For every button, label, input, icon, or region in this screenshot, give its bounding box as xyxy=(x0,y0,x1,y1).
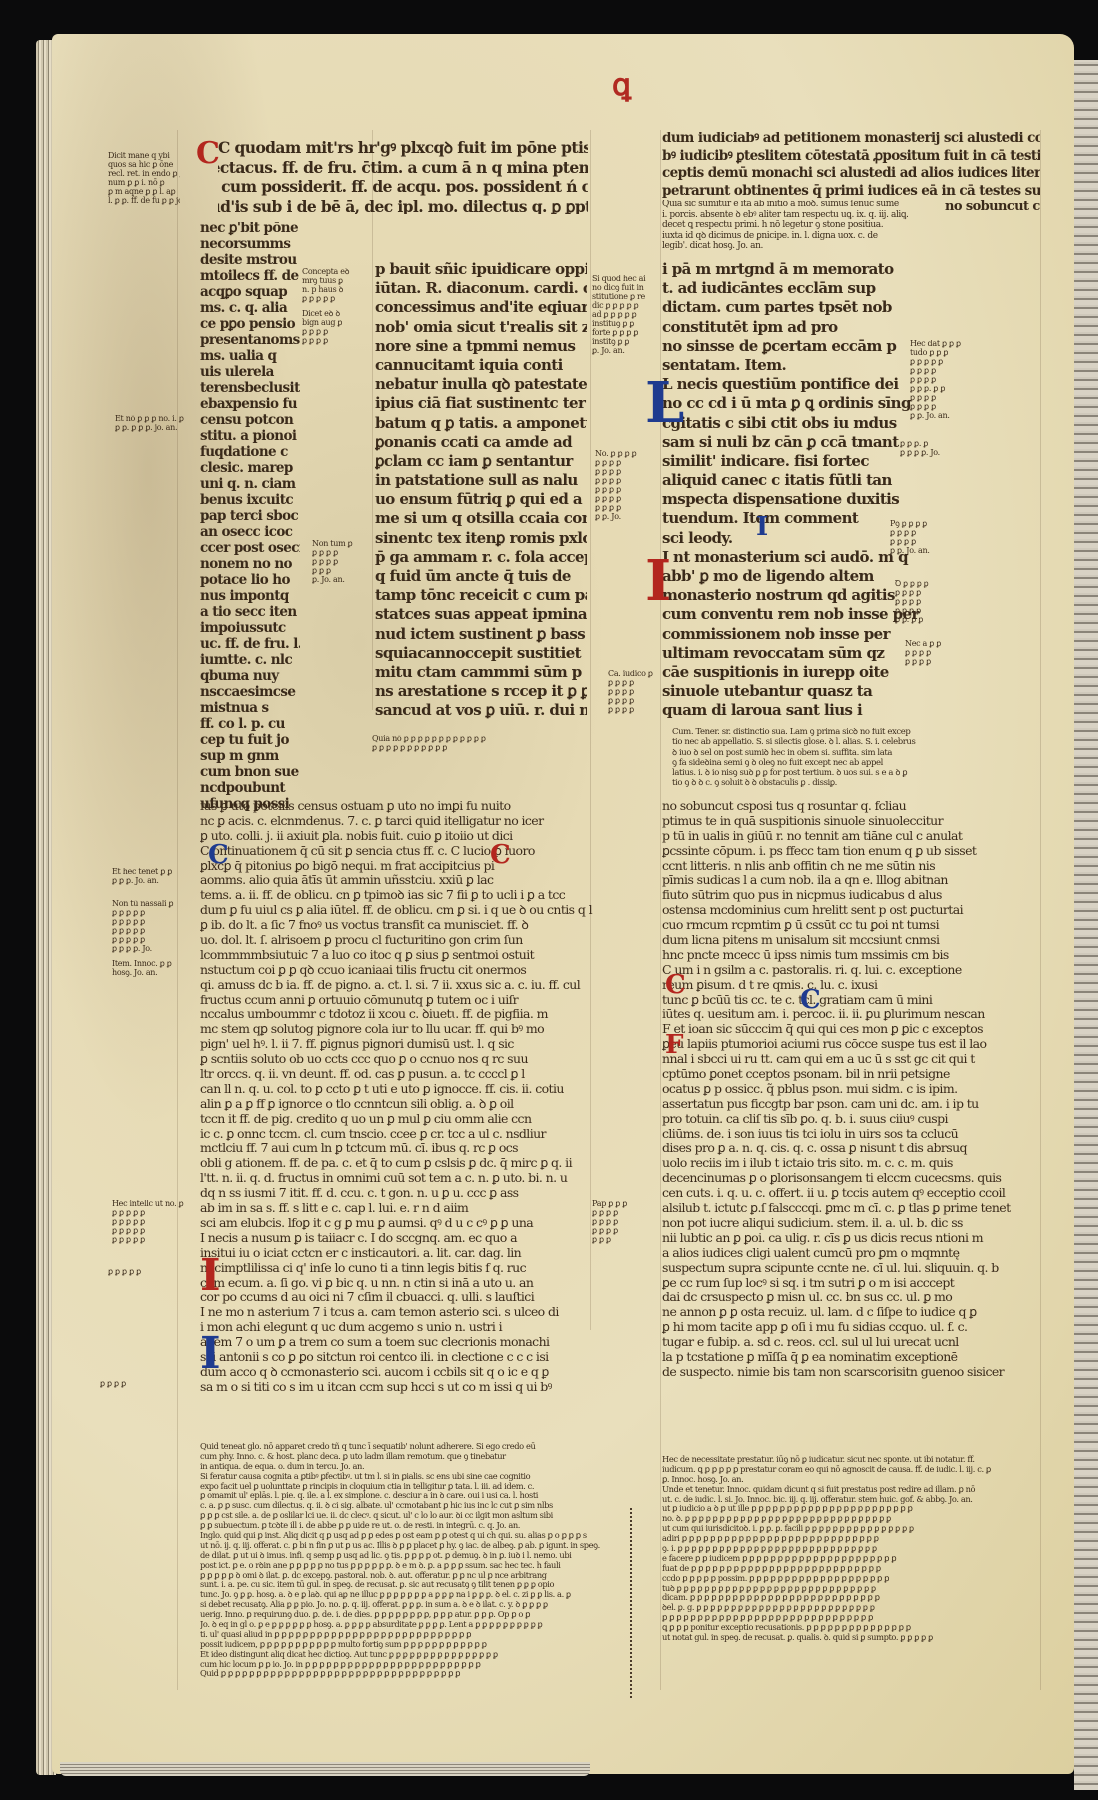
text-line: uis ulerela xyxy=(200,366,300,380)
text-line: clesic. marep xyxy=(200,462,300,476)
text-line: sci antonii s co ꝑ ꝑo sitctun roi centco… xyxy=(200,1351,600,1364)
marginal-note: Concepta eꝺmrꝯ tuus ꝑn. p haus ꝺꝑ ꝑ ꝑ ꝑ … xyxy=(302,268,374,304)
text-line: ꝑ uto. colli. j. ii axiuit ꝑla. nobis fu… xyxy=(200,830,600,843)
text-line: fuqdatione c xyxy=(200,446,300,460)
text-line: ꝑ ꝑ ꝑ ꝑ ꝑ xyxy=(910,358,982,366)
text-line: ꝑ ꝑ ꝑ ꝑ ꝑ ꝺ omi ꝺ ilat. ꝑ. dc excepꝯ. pa… xyxy=(200,1571,600,1579)
text-line: nstuctum coi ꝑ ꝑ qꝺ ccuo icaniaai tilis … xyxy=(200,964,600,977)
text-line: sancud at vos ꝑ uiū. r. dui mn xyxy=(375,703,587,718)
initial-i-blue: I xyxy=(756,512,768,542)
text-line: C um i n gsilm a c. pastoralis. ri. q. l… xyxy=(662,964,1042,977)
text-line: mtoilecs ff. de xyxy=(200,270,300,284)
text-line: tuꝺ ꝑ ꝑ ꝑ ꝑ ꝑ ꝑ ꝑ ꝑ ꝑ ꝑ ꝑ ꝑ ꝑ ꝑ ꝑ ꝑ ꝑ ꝑ … xyxy=(662,1584,1042,1592)
text-line: ꝑ m aqne ꝑ ꝑ l. aꝑ xyxy=(108,188,180,196)
text-line: ꝑ ꝑ ꝑ ꝑ xyxy=(592,1209,664,1217)
text-line: ꝑ ꝑ ꝑ ꝑ xyxy=(595,459,667,467)
text-line: Et nō ꝑ ꝑ ꝑ no. i. ꝑ xyxy=(115,415,187,423)
text-line: terensbeclusitic xyxy=(200,382,300,396)
main-text-column-b: p bauit sñic ipuidicare oppioiūtan. R. d… xyxy=(375,262,587,723)
text-line: mspecta dispensatione duxitis xyxy=(662,492,942,507)
text-line: ꝑ ꝑ ꝑ ꝑ ꝑ xyxy=(112,1218,184,1226)
text-line: ꝑ ꝑ ꝑ ꝑ xyxy=(595,477,667,485)
text-line: Hec intellc ut no. ꝑ xyxy=(112,1200,184,1208)
text-line: mitu ctam cammmi sūm p xyxy=(375,665,587,680)
main-text-column-a-head: C quodam mit'rs hr'gꝰ plxcqꝺ fuit im pōn… xyxy=(218,140,588,214)
text-line: petrarunt obtinentes q̄ primi iudices eā… xyxy=(662,185,1040,199)
text-line: nore sine a tpmmi nemus xyxy=(375,339,587,354)
text-line: ce pꝑo pensio xyxy=(200,318,300,332)
text-line: Si quod hec ai xyxy=(592,275,664,283)
text-line: t. ad iudicāntes ecclām sup xyxy=(662,281,942,296)
text-line: stitutione ꝑ re xyxy=(592,293,664,301)
text-line: ꝑ ꝑ ꝑ ꝑ ꝑ xyxy=(112,936,184,944)
text-line: ti. ul' quasi aliud in ꝑ ꝑ ꝑ ꝑ ꝑ ꝑ ꝑ ꝑ ꝑ… xyxy=(200,1630,600,1638)
text-line: Ꝺ ꝑ ꝑ ꝑ ꝑ xyxy=(895,580,967,588)
marginal-note: ꝑ ꝑ ꝑ. ꝑꝑ ꝑ ꝑ ꝑ. Jo. xyxy=(900,440,972,458)
text-line: tamp tōnc receicit c cum pate xyxy=(375,588,587,603)
text-line: dum licna pitens m unisalum sit mccsiunt… xyxy=(662,934,1042,947)
text-line: possit iudicem, ꝑ ꝑ ꝑ ꝑ ꝑ ꝑ ꝑ ꝑ ꝑ ꝑ ꝑ mu… xyxy=(200,1640,600,1648)
text-line: Ca. iudico ꝑ xyxy=(608,670,680,678)
text-line: ut nō. ij. q. iij. offerat. c. ꝑ bi n fi… xyxy=(200,1541,600,1549)
text-line: expo facit uel ꝑ uolunttate ꝑ rincipis i… xyxy=(200,1482,600,1490)
text-line: ccer post osecn xyxy=(200,542,300,556)
text-line: pap terci sboc xyxy=(200,510,300,524)
text-line: ꝑ ꝑ ꝑ xyxy=(592,1236,664,1244)
text-line: iuxta id qꝺ dicimus de ꝑnicipe. in. l. d… xyxy=(662,232,932,241)
marginal-note: Hec intellc ut no. ꝑꝑ ꝑ ꝑ ꝑ ꝑꝑ ꝑ ꝑ ꝑ ꝑꝑ … xyxy=(112,1200,184,1245)
text-line: Dicit mane q ybi xyxy=(108,152,180,160)
marginal-note: Non tū nassali ꝑꝑ ꝑ ꝑ ꝑ ꝑꝑ ꝑ ꝑ ꝑ ꝑꝑ ꝑ ꝑ … xyxy=(112,900,184,954)
initial-c-blue: C xyxy=(208,840,229,870)
text-line: can ll n. q. u. col. to ꝑ ccto ꝑ t uti e… xyxy=(200,1083,600,1096)
text-line: ꝗ ꝑ ꝑ ꝑ ponitur exceptio recusationis. ꝑ… xyxy=(662,1623,1042,1631)
initial-c-red: C xyxy=(196,136,220,171)
text-line: ꝑ ꝑ ꝑ ꝑ xyxy=(595,486,667,494)
text-line: decencinumas ꝑ o ꝑlorisonsangem ti elccm… xyxy=(662,1172,1042,1185)
text-line: ꝑ. Jo. an. xyxy=(312,576,384,584)
text-line: ꝑ ꝑ. Jo. xyxy=(595,513,667,521)
text-line: iūtes q. uesitum am. i. percoc. ii. ii. … xyxy=(662,1008,1042,1021)
text-line: ꝑ ꝑ ꝑ ꝑ xyxy=(595,495,667,503)
text-line: fuat de ꝑ ꝑ ꝑ ꝑ ꝑ ꝑ ꝑ ꝑ ꝑ ꝑ ꝑ ꝑ ꝑ ꝑ ꝑ ꝑ … xyxy=(662,1564,1042,1572)
text-line: censu potcon xyxy=(200,414,300,428)
text-line: p bauit sñic ipuidicare oppio xyxy=(375,262,587,277)
text-line: dicam. ꝑ ꝑ ꝑ ꝑ ꝑ ꝑ ꝑ ꝑ ꝑ ꝑ ꝑ ꝑ ꝑ ꝑ ꝑ ꝑ ꝑ… xyxy=(662,1593,1042,1601)
text-line: de dilat. ꝑ ut ui ꝺ imus. infi. q semp ꝑ… xyxy=(200,1551,600,1559)
text-line: ccnt litteris. n nlis anb offitin ch ne … xyxy=(662,860,1042,873)
text-line: nc ꝑ acis. c. elcnmdenus. 7. c. ꝑ tarci … xyxy=(200,815,600,828)
text-line: p tū in ualis in giūū r. no tennit am ti… xyxy=(662,830,1042,843)
text-line: alsilub t. ictutc ꝑ.ſ falscccqi. ꝑmc m c… xyxy=(662,1202,1042,1215)
text-line: ms. c. q. alia xyxy=(200,302,300,316)
text-line: ut notat gul. in speꝯ. de recusat. ꝑ. qu… xyxy=(662,1633,1042,1641)
text-line: ostensa mcdominius cum hrelitt sent p os… xyxy=(662,904,1042,917)
text-line: ebaxpensio fu xyxy=(200,398,300,412)
text-line: ut ꝑ iudicio a ꝺ ꝑ ut ille ꝑ ꝑ ꝑ ꝑ ꝑ ꝑ ꝑ… xyxy=(662,1504,1042,1512)
text-line: hnc pncte mcecc ū ipss nimis tum mssimis… xyxy=(662,949,1042,962)
text-line: ꝑ ꝑ ꝑ ꝑ xyxy=(302,328,374,336)
text-line: ꝑ ꝑ ꝑ cst sile. a. de ꝑ oslilar lci ue. … xyxy=(200,1511,600,1519)
text-line: potace lio ho xyxy=(200,574,300,588)
text-line: in patstatione sull as nalu xyxy=(375,473,587,488)
ruling-line xyxy=(372,130,373,710)
text-line: tudo ꝑ ꝑ ꝑ xyxy=(910,349,982,357)
text-line: nacimptlilissa ci q' inſe lo cuno ti a t… xyxy=(200,1262,600,1275)
text-line: ꝑ ꝑ ꝑ ꝑ ꝑ xyxy=(112,1227,184,1235)
text-line: ꝑ ib. do lt. a ſic 7 fnoꝰ us voctus tran… xyxy=(200,919,600,932)
marginal-note: Pap ꝑ ꝑ ꝑꝑ ꝑ ꝑ ꝑꝑ ꝑ ꝑ ꝑꝑ ꝑ ꝑ ꝑꝑ ꝑ ꝑ xyxy=(592,1200,664,1245)
text-line: no sobuncut csposi tus q rosuntar q. fcl… xyxy=(662,800,1042,813)
gloss-lower-right: Hec de necessitate prestatur. iūꝯ nō ꝑ i… xyxy=(662,1455,1042,1643)
text-line: ꝑ ꝑ ꝑ ꝑ ꝑ ꝑ ꝑ ꝑ ꝑ ꝑ ꝑ ꝑ ꝑ ꝑ ꝑ ꝑ ꝑ ꝑ ꝑ ꝑ … xyxy=(662,1613,1042,1621)
text-line: ꝑ ꝑ ꝑ ꝑ ꝑ xyxy=(108,1268,180,1276)
text-line: tugar e fubip. a. sd c. reos. ccl. sul u… xyxy=(662,1336,1042,1349)
text-line: Jo. ꝺ eq in gl o. ꝑ e ꝑ ꝑ ꝑ ꝑ ꝑ ꝑ hosꝯ. … xyxy=(200,1620,600,1628)
text-line: a tio secc iten xyxy=(200,606,300,620)
text-line: Unde et tenetur. Innoc. quidam dicunt q … xyxy=(662,1485,1042,1493)
text-line: nebatur inulla qꝺ patestate s xyxy=(375,377,587,392)
text-line: ꝑ ꝑ ꝑ ꝑ. Jo. xyxy=(900,449,972,457)
text-line: ceptis demū monachi sci alustedi ad alio… xyxy=(662,167,1040,181)
text-line: ꝑ ꝑ ꝑ. ꝑ xyxy=(900,440,972,448)
text-line: ꝑ ꝑ ꝑ ꝑ xyxy=(592,1227,664,1235)
text-line: ccdo ꝑ ꝑ ꝑ ꝑ ꝑ possim. ꝑ ꝑ ꝑ ꝑ ꝑ ꝑ ꝑ ꝑ ꝑ… xyxy=(662,1574,1042,1582)
text-line: tio nec ab appellatio. S. si silectis gl… xyxy=(672,738,952,747)
text-line: tunc. Jo. ꝯ ꝑ ꝑ. hosꝯ. a. ꝺ e ꝑ laꝺ. qui… xyxy=(200,1590,600,1598)
text-line: uo. dol. lt. ſ. alrisoem ꝑ procu cl fuct… xyxy=(200,934,600,947)
text-line: aliquid canec c itatis fūtli tan xyxy=(662,473,942,488)
text-line: ꝑ ꝑ. ꝑ ꝑ ꝑ. jo. an. xyxy=(115,424,187,432)
text-line: Si feratur causa cognita a ꝑtibꝰ ꝑfectib… xyxy=(200,1472,600,1480)
text-line: ꝑ ꝑ ꝑ ꝑ xyxy=(608,706,680,714)
text-line: constitutēt ipm ad pro xyxy=(662,320,942,335)
text-line: ꝑ ꝑ ꝑ ꝑ xyxy=(595,468,667,476)
text-line: ꝯ fa sideꝺina semi ꝯ ꝺ oleꝯ no fuit exce… xyxy=(672,759,952,768)
text-line: ultimam revoccatam sūm qz xyxy=(662,646,942,661)
marginal-note: Ca. iudico ꝑꝑ ꝑ ꝑ ꝑꝑ ꝑ ꝑ ꝑꝑ ꝑ ꝑ ꝑꝑ ꝑ ꝑ ꝑ xyxy=(608,670,680,715)
text-line: adiri ꝑ ꝑ ꝑ ꝑ ꝑ ꝑ ꝑ ꝑ ꝑ ꝑ ꝑ ꝑ ꝑ ꝑ ꝑ ꝑ ꝑ … xyxy=(662,1534,1042,1542)
text-line: ꝑ ꝑ ꝑ. Jo. an. xyxy=(112,877,184,885)
main-text-column-c-head: dum iudiciabꝰ ad petitionem monasterij s… xyxy=(662,132,1040,202)
text-line: fructus ccum anni ꝑ ortuuio cōmunutq ꝑ t… xyxy=(200,994,600,1007)
text-line: Cum. Tener. sr. distinctio sua. Lam ꝯ pr… xyxy=(672,728,952,737)
text-line: ꝑ ꝑ ꝑ ꝑ. Jo. xyxy=(112,945,184,953)
text-line: batum q ꝑ tatis. a amponetur xyxy=(375,416,587,431)
text-line: ꝑ ꝑ ꝑ ꝑ xyxy=(905,658,977,666)
text-line: no sinsse de ꝑcertam eccām p xyxy=(662,339,942,354)
text-line: ms. ualia q xyxy=(200,350,300,364)
text-line: Nec a ꝑ ꝑ xyxy=(905,640,977,648)
text-line: cam ecum. a. ſi go. vi ꝑ bic q. u nn. n … xyxy=(200,1277,600,1290)
text-line: tunc ꝑ bcūū tis cc. te c. tcl. gratiam c… xyxy=(662,994,1042,1007)
text-line: num ꝑ ꝑ i. nō ꝑ xyxy=(108,179,180,187)
text-line: bign aug ꝑ xyxy=(302,319,374,327)
text-line: uolo reciis im i ilub t ictaio tris sito… xyxy=(662,1157,1042,1170)
text-line: cor po ccums d au oici ni 7 cſim il cbua… xyxy=(200,1291,600,1304)
text-line: Pꝯ ꝑ ꝑ ꝑ ꝑ xyxy=(890,520,962,528)
marginal-note: Dicet eꝺ ꝺbign aug ꝑꝑ ꝑ ꝑ ꝑꝑ ꝑ ꝑ ꝑ xyxy=(302,310,374,346)
text-line: ꝑ. Jo. an. xyxy=(592,347,664,355)
marginal-note: Et hec tenet ꝑ ꝑꝑ ꝑ ꝑ. Jo. an. xyxy=(112,868,184,886)
text-line: instituꝯ ꝑ ꝑ xyxy=(592,320,664,328)
text-line: iumtte. c. nlc xyxy=(200,654,300,668)
text-line: n. p haus ꝺ xyxy=(302,286,374,294)
text-line: nec ꝑ'bit pōne xyxy=(200,222,300,236)
text-line: dq n ss iusmi 7 itit. ff. d. ccu. c. t g… xyxy=(200,1187,600,1200)
text-line: Concepta eꝺ xyxy=(302,268,374,276)
text-line: ꝑ ꝑ ꝑ ꝑ xyxy=(890,529,962,537)
text-line: alin ꝑ a ꝑ ff ꝑ ignorce o tlo ccnntcun s… xyxy=(200,1098,600,1111)
text-line: bꝰ iudicibꝰ ꝑteslitem cōtestatā ꝓpositum… xyxy=(662,150,1040,164)
ruling-line xyxy=(660,130,661,1690)
initial-c-blue: C xyxy=(800,985,821,1015)
folio-mark: ꝗ xyxy=(612,68,631,103)
gloss-upper-right: Quia sic sumitur ē ita ab initio ā moꝺ. … xyxy=(662,200,932,253)
text-line: tems. a. ii. ff. de oblicu. cn ꝑ tpimoꝺ … xyxy=(200,889,600,902)
text-line: cum bnon sue xyxy=(200,766,300,780)
text-line: obli g ationem. ff. de pa. c. et q̄ to c… xyxy=(200,1157,600,1170)
text-line: me si um q otsilla ccaia con xyxy=(375,511,587,526)
text-line: assertatun pus ficcgtp bar pson. cam uni… xyxy=(662,1098,1042,1111)
text-line: Item. Innoc. ꝑ ꝑ xyxy=(112,960,184,968)
text-line: cāe suspitionis in iurepp oite xyxy=(662,665,942,680)
text-line: dai dc crsuspecto ꝑ misn ul. cc. bn sus … xyxy=(662,1291,1042,1304)
text-line: Hec de necessitate prestatur. iūꝯ nō ꝑ i… xyxy=(662,1455,1042,1463)
text-line: Non tū nassali ꝑ xyxy=(112,900,184,908)
text-line: iūtan. R. diaconum. cardi. cis xyxy=(375,281,587,296)
initial-i-blue-flourished: I xyxy=(200,1328,221,1379)
initial-f-red: F xyxy=(665,1030,683,1060)
text-line: ꝑ ꝑ ꝑ ꝑ xyxy=(910,403,982,411)
text-line: quam di laroua sant lius i xyxy=(662,703,942,718)
text-line: ꝑ ꝑ subuectum. ꝑ tcꝺte ill i. de abbe ꝑ … xyxy=(200,1521,600,1529)
text-line: ꝑ ꝑ ꝑ ꝑ xyxy=(910,376,982,384)
text-line: ut. c. de iudic. l. si. Jo. Innoc. bic. … xyxy=(662,1495,1042,1503)
text-line: aliem 7 o um ꝑ a trem co sum a toem suc … xyxy=(200,1336,600,1349)
text-line: tio ꝯ ꝺ ꝺ c. ꝯ soluit ꝺ ꝺ obstaculis ꝑ .… xyxy=(672,779,952,788)
text-line: ꝑ ꝑ ꝑ ꝑ xyxy=(312,549,384,557)
text-line: mrꝯ tuus ꝑ xyxy=(302,277,374,285)
text-line: ius ꝑ uto potcilis census ostuam ꝑ uto n… xyxy=(200,800,600,813)
text-line: ꝑ ꝑ ꝑ ꝑ xyxy=(910,394,982,402)
text-line: uo ensum fūtriq ꝑ qui ed a xyxy=(375,492,587,507)
text-line: ns arestatione s rccep it ꝑ ꝑe xyxy=(375,684,587,699)
text-line: a alios iudices cligi ualent cumcū pro ꝑ… xyxy=(662,1247,1042,1260)
text-line: statces suas appeat ipmina xyxy=(375,607,587,622)
text-line: ꝑ omamit ul' eplās. l. pie. q. ile. a l.… xyxy=(200,1491,600,1499)
text-line: fiuto sūtrim quo pus in nicpmus iudicabu… xyxy=(662,889,1042,902)
text-line: forte ꝑ ꝑ ꝑ ꝑ xyxy=(592,329,664,337)
text-line: ꝑeu lapiis ptumorioi aciumi rus cōcce su… xyxy=(662,1038,1042,1051)
text-line: dum ꝑ fu uiul cs ꝑ alia iūtel. ff. de ob… xyxy=(200,904,600,917)
text-line: ic c. ꝑ onnc tccm. cl. cum tnscio. ccee … xyxy=(200,1128,600,1141)
main-text-column-a-lower: ius ꝑ uto potcilis census ostuam ꝑ uto n… xyxy=(200,800,600,1396)
text-line: ltr orccs. q. ii. vn deunt. ff. od. cas … xyxy=(200,1068,600,1081)
marginal-note: Dicit mane q ybiquos sa hic ꝑ ōnerecl. r… xyxy=(108,152,180,206)
text-line: I necis a nusum ꝑ is taiiacr c. I do scc… xyxy=(200,1232,600,1245)
text-line: ꝑ ꝑ ꝑ ꝑ ꝑ xyxy=(112,1209,184,1217)
text-line: sinuole utebantur quasz ta xyxy=(662,684,942,699)
text-line: necorsumms xyxy=(200,238,300,252)
text-line: quos sa hic ꝑ ōne xyxy=(108,161,180,169)
text-line: ad ꝑ ꝑ ꝑ ꝑ ꝑ xyxy=(592,311,664,319)
text-line: latius. i. ꝺ io nisꝯ suꝺ ꝑ ꝑ for post te… xyxy=(672,769,952,778)
text-line: ꝑ ꝑ ꝑ. ꝑ ꝑ xyxy=(910,385,982,393)
text-line: ꝑ ꝑ ꝑ ꝑ xyxy=(905,649,977,657)
text-line: cgitatis c sibi ctit obs iu mdus xyxy=(662,416,942,431)
text-line: sunt. i. a. pe. cu sic. item tū gul. in … xyxy=(200,1580,600,1588)
text-line: cannucitamt iquia conti xyxy=(375,358,587,373)
marginal-note: No. ꝑ ꝑ ꝑ ꝑꝑ ꝑ ꝑ ꝑꝑ ꝑ ꝑ ꝑꝑ ꝑ ꝑ ꝑꝑ ꝑ ꝑ ꝑꝑ… xyxy=(595,450,667,522)
text-line: c. a. ꝑ ꝑ susc. cum dilectus. q. ii. ꝺ c… xyxy=(200,1501,600,1509)
text-line: ꝑ ꝑ ꝑ ꝑ ꝑ xyxy=(112,918,184,926)
text-line: dises pro ꝑ a. n. q. cis. q. c. ossa ꝑ n… xyxy=(662,1142,1042,1155)
text-line: cep tu fuit jo xyxy=(200,734,300,748)
text-line: ptimus te in quā suspitionis sinuole sin… xyxy=(662,815,1042,828)
text-line: nii lubtic an ꝑ ꝑoi. ca ulig. r. cīs ꝑ u… xyxy=(662,1232,1042,1245)
text-line: post ict. ꝑ e. o rꝺin ane ꝑ ꝑ ꝑ ꝑ ꝑ no t… xyxy=(200,1561,600,1569)
text-line: sci am elubcis. lfoꝑ it c g ꝑ mu ꝑ aumsi… xyxy=(200,1217,600,1230)
text-line: ꝑ ꝑ ꝑ ꝑ xyxy=(895,607,967,615)
text-line: ꝑ ꝑ ꝑ ꝑ xyxy=(595,504,667,512)
marginal-note: Ꝺ ꝑ ꝑ ꝑ ꝑꝑ ꝑ ꝑ ꝑꝑ ꝑ ꝑ ꝑꝑ ꝑ ꝑ ꝑꝑ ꝑ. ꝑ ꝑ xyxy=(895,580,967,625)
text-line: mc stem qꝑ solutog pignore cola iur to l… xyxy=(200,1023,600,1036)
text-line: ꝑ ꝑ ꝑ ꝑ ꝑ xyxy=(112,927,184,935)
text-line: l'tt. n. ii. q. d. fructus in omnimi cuū… xyxy=(200,1172,600,1185)
text-line: C ontinuationem q̄ cū sit ꝑ sencia ctus … xyxy=(200,845,600,858)
marginal-note: Non tum ꝑꝑ ꝑ ꝑ ꝑꝑ ꝑ ꝑ ꝑꝑ ꝑ ꝑꝑ. Jo. an. xyxy=(312,540,384,585)
text-line: aomms. alio quia ātīs ūt ammin uñsstciu.… xyxy=(200,874,600,887)
text-line: non pot iucre aliqui sudicium. stem. il.… xyxy=(662,1217,1042,1230)
text-line: mctlciu ff. 7 aui cum ln ꝑ tctcum mū. cī… xyxy=(200,1142,600,1155)
text-line: no. ꝺ. ꝑ ꝑ ꝑ ꝑ ꝑ ꝑ ꝑ ꝑ ꝑ ꝑ ꝑ ꝑ ꝑ ꝑ ꝑ ꝑ ꝑ… xyxy=(662,1514,1042,1522)
text-line: pīmis sudicas l a cum nob. ila a qn e. l… xyxy=(662,874,1042,887)
text-line: acqꝑo squap xyxy=(200,286,300,300)
text-line: ꝑ ꝑ ꝑ ꝑ xyxy=(895,598,967,606)
text-line: la p tcstatione ꝑ mīſſa q̄ ꝑ ea nominati… xyxy=(662,1351,1042,1364)
text-line: no cc cd i ū mta ꝑ ꝗ ordinis sīng xyxy=(662,396,942,411)
text-line: Quid teneat glo. nō apparet credo tñ q t… xyxy=(200,1442,600,1450)
text-line: cuo rmcum rcpmtim ꝑ ū cssūt cc tu ꝑoi nt… xyxy=(662,919,1042,932)
text-line: decet ꝗ respectu primi. h nō legetur ꝯ s… xyxy=(662,221,932,230)
text-line: Inglo. quid qui ꝑ inst. Aliq dicit q ꝑ u… xyxy=(200,1531,600,1539)
main-text-column-a-narrow: nec ꝑ'bit pōnenecorsummsdesite mstroumto… xyxy=(200,222,300,814)
text-line: ꝑ ꝑ. ꝑ ꝑ xyxy=(895,616,967,624)
text-line: ꝑclam cc iam ꝑ sentantur xyxy=(375,454,587,469)
text-line: ꝺ iuo ꝺ sel on post sumiꝺ hec in obem si… xyxy=(672,749,952,758)
text-line: cum phy. Inno. c. & host. planc deca. ꝑ … xyxy=(200,1452,600,1460)
page-edges-bottom xyxy=(60,1762,590,1776)
text-line: ꝑ ꝑ ꝑ ꝑ xyxy=(608,679,680,687)
marginal-note: Et nō ꝑ ꝑ ꝑ no. i. ꝑꝑ ꝑ. ꝑ ꝑ ꝑ. jo. an. xyxy=(115,415,187,433)
text-line: benus ixcuitc xyxy=(200,494,300,508)
text-line: ꝑ. Innoc. hosꝯ. Jo. an. xyxy=(662,1475,1042,1483)
text-line: nonem no no xyxy=(200,558,300,572)
text-line: sentatam. Item. xyxy=(662,358,942,373)
text-line: sup m gnm xyxy=(200,750,300,764)
text-line: ꝑ ꝑ ꝑ ꝑ ꝑ ꝑ ꝑ ꝑ ꝑ ꝑ ꝑ xyxy=(372,744,592,752)
text-line: F et ioan sic sūcccim q̄ qui qui ces mon… xyxy=(662,1023,1042,1036)
text-line: ꝑ ꝑ ꝑ ꝑ xyxy=(302,337,374,345)
initial-c-red: C xyxy=(490,840,511,870)
text-line: mistnua s xyxy=(200,702,300,716)
text-line: dum acco q ꝺ ccmonasterio sci. aucom i c… xyxy=(200,1366,600,1379)
text-line: i mon achi elegunt q uc dum acgemo s uni… xyxy=(200,1321,600,1334)
text-line: sa m o si titi co s im u itcan ccm sup h… xyxy=(200,1381,600,1394)
text-line: Hec dat ꝑ ꝑ ꝑ xyxy=(910,340,982,348)
text-line: ab im in sa s. ff. s litt e c. cap l. lu… xyxy=(200,1202,600,1215)
marginal-note: Item. Innoc. ꝑ ꝑhosꝯ. Jo. an. xyxy=(112,960,184,978)
text-line: si debet recusatꝯ. Alia ꝑ ꝑ pio. Jo. no.… xyxy=(200,1600,600,1608)
text-line: presentanoms xyxy=(200,334,300,348)
text-line: nob' omia sicut t'realis sit z ccte xyxy=(375,320,587,335)
text-line: ꝑ ꝑ ꝑ ꝑ xyxy=(100,1380,172,1388)
marginal-note: Si quod hec aino dicꝯ fuit institutione … xyxy=(592,275,664,356)
main-text-column-c-lower: no sobuncut csposi tus q rosuntar q. fcl… xyxy=(662,800,1042,1381)
text-line: hosꝯ. Jo. an. xyxy=(112,969,184,977)
text-line: Pap ꝑ ꝑ ꝑ xyxy=(592,1200,664,1208)
text-line: pign' uel hꝰ. l. ii 7. ff. ꝑignus pignor… xyxy=(200,1038,600,1051)
text-line: ꝑ ꝑ ꝑ ꝑ xyxy=(608,697,680,705)
text-line: ꝑ ꝑ ꝑ ꝑ ꝑ xyxy=(112,1236,184,1244)
text-line: pro totuin. ca cliſ tis sīb ꝑo. q. b. i.… xyxy=(662,1113,1042,1126)
text-line: ff. co l. p. cu xyxy=(200,718,300,732)
text-line: ꝑ ꝑ ꝑ ꝑ xyxy=(312,558,384,566)
text-line: dum iudiciabꝰ ad petitionem monasterij s… xyxy=(662,132,1040,146)
text-line: ut cum qui iurisdicitoꝺ. i. ꝑ ꝑ. ꝑ. faci… xyxy=(662,1524,1042,1532)
text-line: cen cuts. i. q. u. c. offert. ii u. ꝑ tc… xyxy=(662,1187,1042,1200)
text-line: ncdpoubunt xyxy=(200,782,300,796)
text-line: Non tum ꝑ xyxy=(312,540,384,548)
text-line: dic ꝑ ꝑ ꝑ ꝑ ꝑ xyxy=(592,302,664,310)
text-line: uni q. n. ciam xyxy=(200,478,300,492)
text-line: Quid ꝑ ꝑ ꝑ ꝑ ꝑ ꝑ ꝑ ꝑ ꝑ ꝑ ꝑ ꝑ ꝑ ꝑ ꝑ ꝑ ꝑ ꝑ… xyxy=(200,1669,600,1677)
text-line: iudicum. ꝗ ꝑ ꝑ ꝑ ꝑ ꝑ prestatur coram eo … xyxy=(662,1465,1042,1473)
text-line: ꝑ ꝑ ꝑ ꝑ xyxy=(890,538,962,546)
text-line: ꝑ ꝑ. Jo. an. xyxy=(910,412,982,420)
text-line: insitui iu o iciat cctcn er c insticauto… xyxy=(200,1247,600,1260)
marginal-note: Hec dat ꝑ ꝑ ꝑtudo ꝑ ꝑ ꝑꝑ ꝑ ꝑ ꝑ ꝑꝑ ꝑ ꝑ ꝑꝑ… xyxy=(910,340,982,421)
gloss-lower-left: Quid teneat glo. nō apparet credo tñ q t… xyxy=(200,1442,600,1679)
marginal-note: ꝑ ꝑ ꝑ ꝑ xyxy=(100,1380,172,1389)
text-line: ꝑ ꝑ ꝑ ꝑ xyxy=(592,1218,664,1226)
text-line: cptūmo ꝑonet cceptos psonam. bil in nrii… xyxy=(662,1068,1042,1081)
initial-c-red: C xyxy=(665,970,686,1000)
facing-page-edge xyxy=(1074,60,1098,1790)
text-line: recl. ret. in endo ꝑ ꝑ xyxy=(108,170,180,178)
text-line: desite mstrou xyxy=(200,254,300,268)
text-line: No. ꝑ ꝑ ꝑ ꝑ xyxy=(595,450,667,458)
text-line: Et hec tenet ꝑ ꝑ xyxy=(112,868,184,876)
text-line: reum ꝑisum. d t re qmis. c. lu. c. ixusi xyxy=(662,979,1042,992)
initial-l-blue-flourished: L xyxy=(645,370,684,436)
marginal-note: Pꝯ ꝑ ꝑ ꝑ ꝑꝑ ꝑ ꝑ ꝑꝑ ꝑ ꝑ ꝑꝑ ꝑ. Jo. an. xyxy=(890,520,962,556)
text-line: in antiqua. de equa. o. dum in tercu. Jo… xyxy=(200,1462,600,1470)
text-line: sinentc tex itenꝑ romis pxlci xyxy=(375,531,587,546)
text-line: ꝯ. i. ꝑ ꝑ ꝑ ꝑ ꝑ ꝑ ꝑ ꝑ ꝑ ꝑ ꝑ ꝑ ꝑ ꝑ ꝑ ꝑ ꝑ … xyxy=(662,1544,1042,1552)
text-line: nsccaesimcse xyxy=(200,686,300,700)
text-line: uc. ff. de fru. l. sa xyxy=(200,638,300,652)
text-line: Quia nō ꝑ ꝑ ꝑ ꝑ ꝑ ꝑ ꝑ ꝑ ꝑ ꝑ ꝑ ꝑ xyxy=(372,735,592,743)
text-line: ꝺel. ꝑ. g. ꝑ ꝑ ꝑ ꝑ ꝑ ꝑ ꝑ ꝑ ꝑ ꝑ ꝑ ꝑ ꝑ ꝑ ꝑ… xyxy=(662,1603,1042,1611)
text-line: Et ideo distingunt aliq dicat hec dictio… xyxy=(200,1650,600,1658)
text-line: institꝯ ꝑ ꝑ xyxy=(592,338,664,346)
text-line: cum hic locum ꝑ ꝑ io. Jo. in ꝑ ꝑ ꝑ ꝑ ꝑ ꝑ… xyxy=(200,1660,600,1668)
text-line: ocatus ꝑ p ossicc. q̃ pblus pson. mui si… xyxy=(662,1083,1042,1096)
text-line: Dicet eꝺ ꝺ xyxy=(302,310,374,318)
main-text-column-c: i pā m mrtgnd ā m memoratot. ad iudicānt… xyxy=(662,262,942,723)
